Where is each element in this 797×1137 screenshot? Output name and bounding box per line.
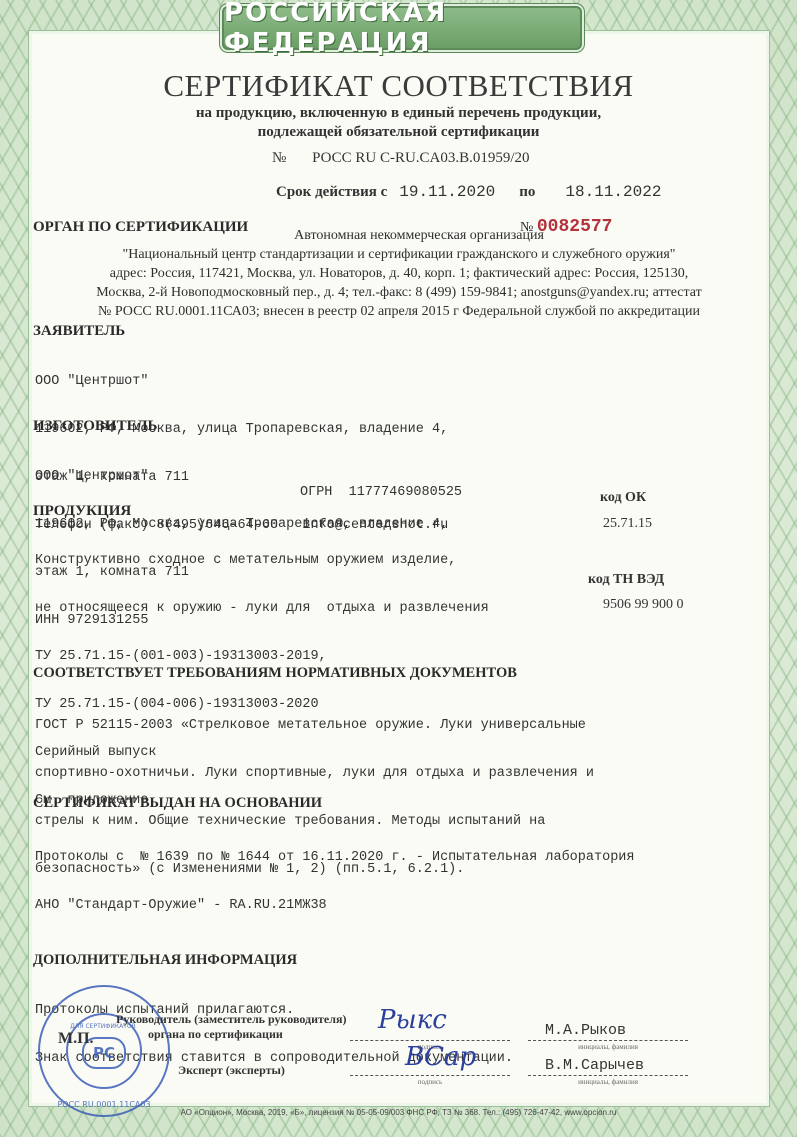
ok-code-label: код ОК xyxy=(600,490,646,506)
valid-from: 19.11.2020 xyxy=(399,183,495,201)
org-line: № РОСС RU.0001.11СА03; внесен в реестр 0… xyxy=(34,302,764,321)
head-name: М.А.Рыков xyxy=(545,1022,626,1039)
tnved-code-label: код ТН ВЭД xyxy=(588,572,664,588)
manufacturer-heading: ИЗГОТОВИТЕЛЬ xyxy=(33,418,157,435)
certification-stamp: ДЛЯ СЕРТИФИКАТОВ РС РОСС RU.0001.11СА03 xyxy=(38,985,170,1117)
validity-row: Срок действия с 19.11.2020 по 18.11.2022 xyxy=(276,183,661,201)
additional-info-heading: ДОПОЛНИТЕЛЬНАЯ ИНФОРМАЦИЯ xyxy=(33,952,297,969)
head-signature: Рыкс xyxy=(378,1005,447,1035)
document-title: СЕРТИФИКАТ СООТВЕТСТВИЯ xyxy=(0,68,797,104)
country-banner: РОССИЙСКАЯ ФЕДЕРАЦИЯ xyxy=(222,6,582,50)
tnved-code: 9506 99 900 0 xyxy=(603,597,684,613)
expert-name-line xyxy=(528,1075,688,1076)
head-name-line xyxy=(528,1040,688,1041)
product-heading: ПРОДУКЦИЯ xyxy=(33,503,131,520)
org-line: Москва, 2-й Новоподмосковный пер., д. 4;… xyxy=(34,283,764,302)
expert-name: В.М.Сарычев xyxy=(545,1057,644,1074)
expert-signature-caption: подпись xyxy=(350,1078,510,1086)
expert-signature: ВСар xyxy=(405,1042,476,1072)
expert-signature-line xyxy=(350,1075,510,1076)
expert-label: Эксперт (эксперты) xyxy=(178,1063,285,1078)
valid-to: 18.11.2022 xyxy=(565,183,661,201)
applicant-heading: ЗАЯВИТЕЛЬ xyxy=(33,323,125,340)
head-signatory-label: Руководитель (заместитель руководителя) … xyxy=(116,1012,346,1042)
validity-label: Срок действия с xyxy=(276,184,387,200)
number-label: № xyxy=(272,150,286,166)
subtitle-line-1: на продукцию, включенную в единый перече… xyxy=(0,105,797,122)
seal-place-label: М.П. xyxy=(58,1030,94,1048)
certification-body-details: Автономная некоммерческая организация "Н… xyxy=(34,226,764,321)
validity-to-label: по xyxy=(519,184,535,200)
org-line: "Национальный центр стандартизации и сер… xyxy=(34,245,764,264)
expert-name-caption: инициалы, фамилия xyxy=(528,1078,688,1086)
certificate-number-row: № РОСС RU C-RU.CA03.B.01959/20 xyxy=(272,150,530,167)
printer-footer: АО «Опцион», Москва, 2019, «Б», лицензия… xyxy=(0,1108,797,1117)
head-signature-line xyxy=(350,1040,510,1041)
head-name-caption: инициалы, фамилия xyxy=(528,1043,688,1051)
basis-details: Протоколы с № 1639 по № 1644 от 16.11.20… xyxy=(35,818,635,930)
subtitle-line-2: подлежащей обязательной сертификации xyxy=(0,124,797,141)
conformity-heading: СООТВЕТСТВУЕТ ТРЕБОВАНИЯМ НОРМАТИВНЫХ ДО… xyxy=(33,665,517,682)
ok-code: 25.71.15 xyxy=(603,516,652,532)
certificate-number: РОСС RU C-RU.CA03.B.01959/20 xyxy=(312,150,530,166)
manufacturer-ogrn: ОГРН 1177746908052​5 xyxy=(300,485,462,501)
org-line: адрес: Россия, 117421, Москва, ул. Новат… xyxy=(34,264,764,283)
org-line: Автономная некоммерческая организация xyxy=(34,226,764,245)
basis-heading: СЕРТИФИКАТ ВЫДАН НА ОСНОВАНИИ xyxy=(33,795,322,812)
